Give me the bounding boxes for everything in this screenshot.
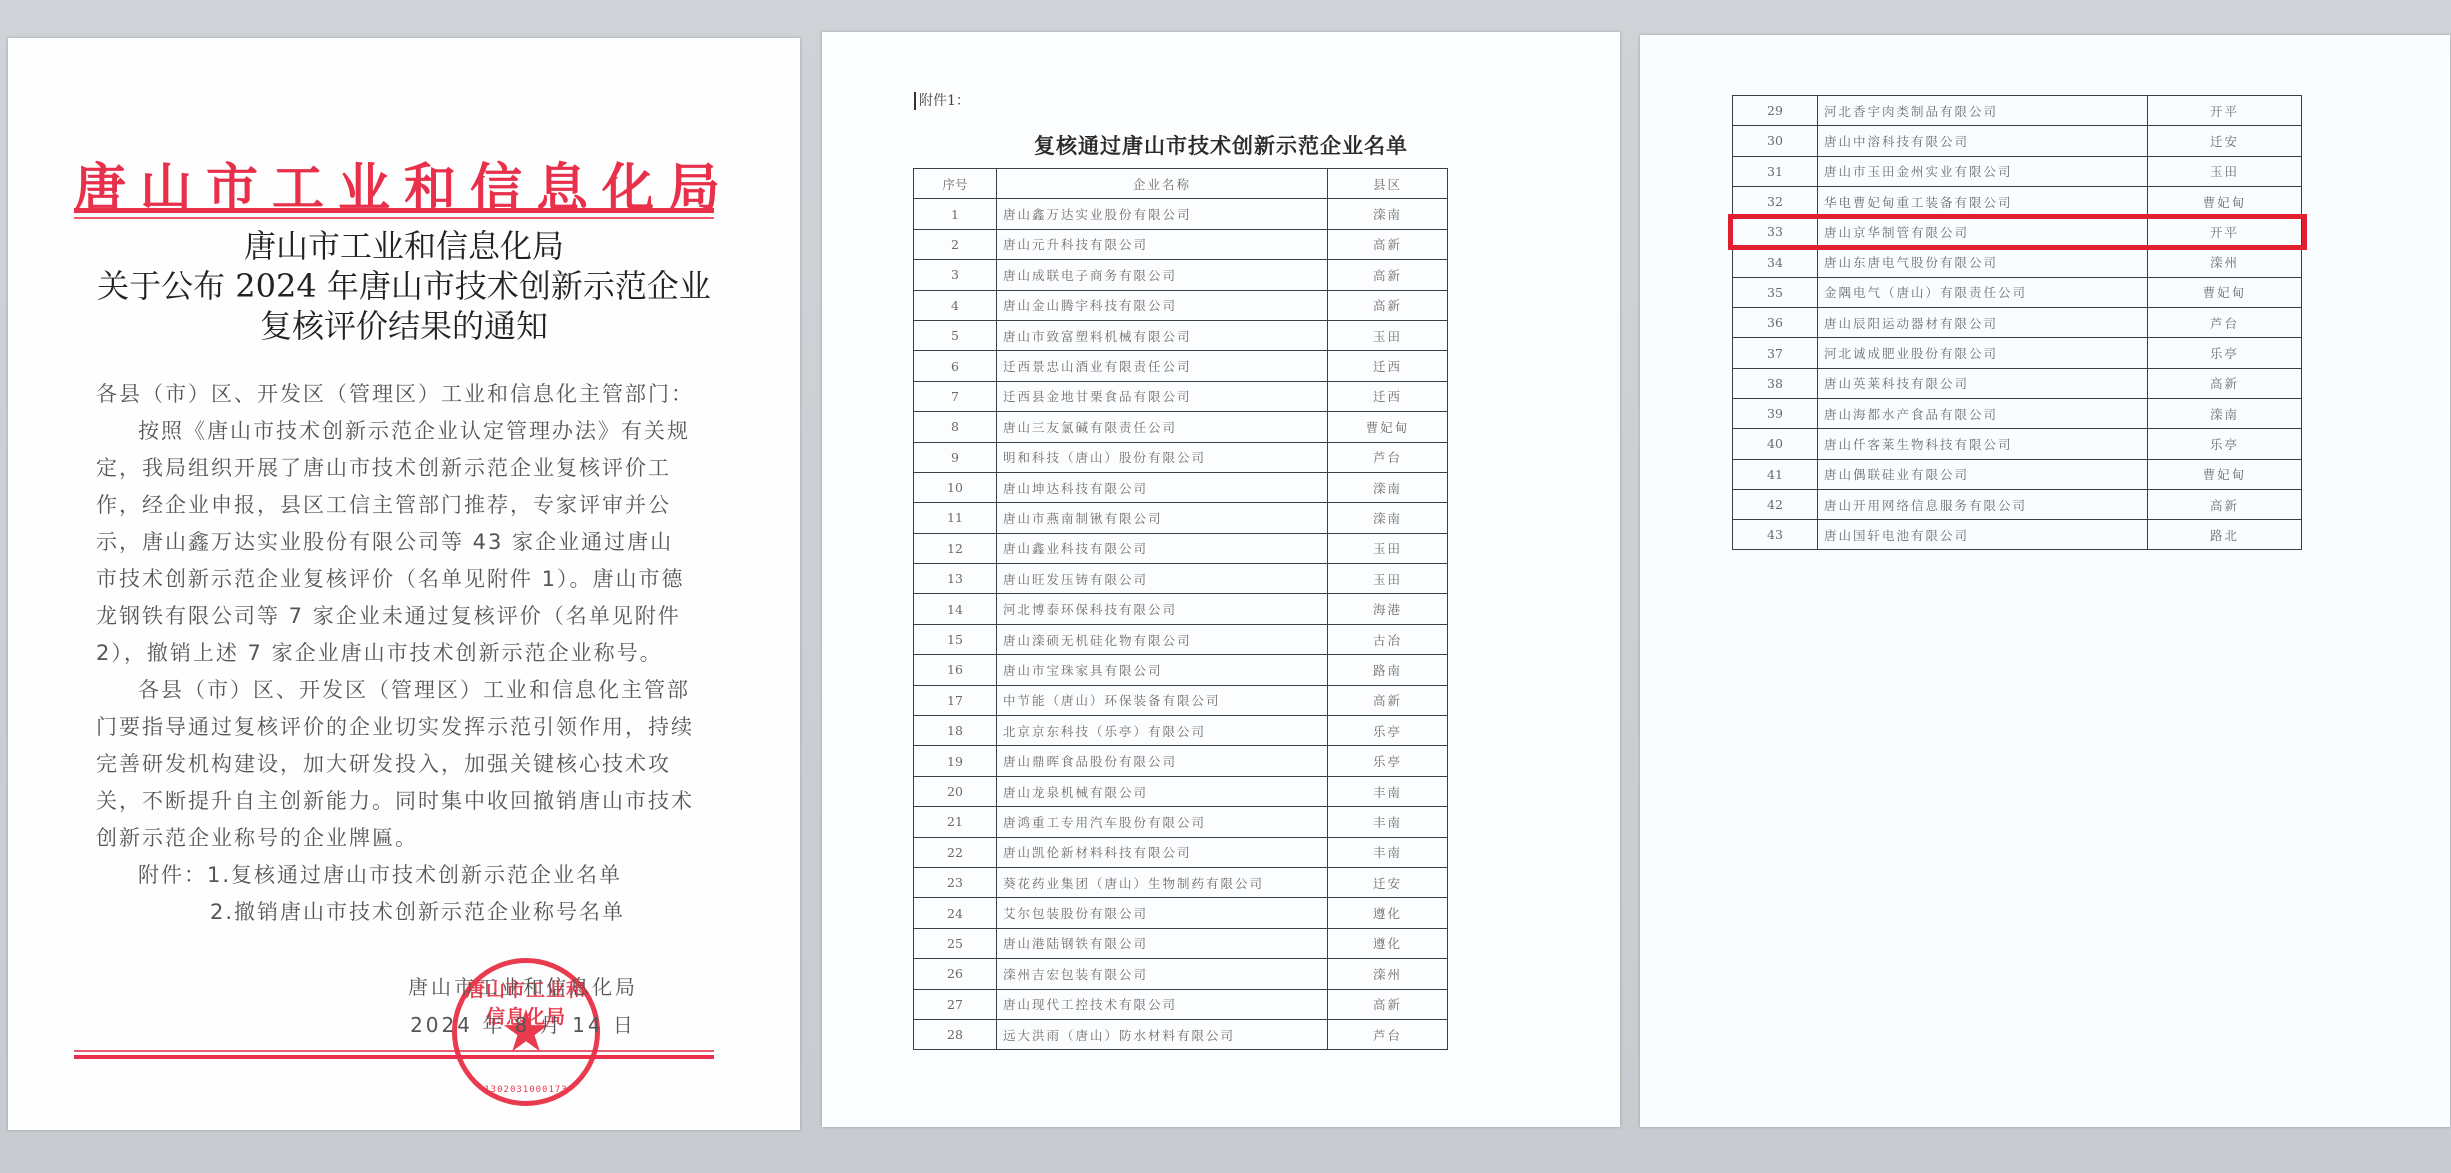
company-name: 迁西县金地甘栗食品有限公司 (997, 381, 1328, 411)
county-district: 玉田 (1328, 564, 1448, 594)
table-row: 23葵花药业集团（唐山）生物制药有限公司迁安 (914, 867, 1448, 897)
company-name: 河北诚成肥业股份有限公司 (1818, 338, 2148, 368)
table-header: 序号 企业名称 县区 (914, 169, 1448, 199)
county-district: 滦南 (1328, 503, 1448, 533)
row-number: 38 (1733, 368, 1818, 398)
company-name: 唐山滦硕无机硅化物有限公司 (997, 624, 1328, 654)
table-row: 12唐山鑫业科技有限公司玉田 (914, 533, 1448, 563)
county-district: 乐亭 (2148, 338, 2302, 368)
row-number: 41 (1733, 459, 1818, 489)
attachment-2-ref: 2.撤销唐山市技术创新示范企业称号名单 (96, 894, 696, 931)
county-district: 玉田 (1328, 320, 1448, 350)
company-name: 唐山市致富塑料机械有限公司 (997, 320, 1328, 350)
row-number: 9 (914, 442, 997, 472)
county-district: 高新 (2148, 489, 2302, 519)
attachment-1-ref: 附件：1.复核通过唐山市技术创新示范企业名单 (96, 857, 696, 894)
row-number: 39 (1733, 398, 1818, 428)
table-row: 24艾尔包装股份有限公司遵化 (914, 898, 1448, 928)
company-name: 唐山仟客莱生物科技有限公司 (1818, 429, 2148, 459)
title-line-1: 唐山市工业和信息化局 (8, 226, 800, 266)
footer-rule-thin (74, 1050, 714, 1052)
company-name: 唐山鑫业科技有限公司 (997, 533, 1328, 563)
row-number: 20 (914, 776, 997, 806)
county-district: 遵化 (1328, 898, 1448, 928)
seal-code: 1302031000173 (457, 1085, 595, 1095)
county-district: 古冶 (1328, 624, 1448, 654)
company-name: 河北香宇肉类制品有限公司 (1818, 96, 2148, 126)
notice-body: 各县（市）区、开发区（管理区）工业和信息化主管部门： 按照《唐山市技术创新示范企… (96, 376, 696, 931)
county-district: 开平 (2148, 96, 2302, 126)
county-district: 高新 (1328, 290, 1448, 320)
row-number: 14 (914, 594, 997, 624)
table-row: 26滦州吉宏包装有限公司滦州 (914, 959, 1448, 989)
table-row: 3唐山成联电子商务有限公司高新 (914, 260, 1448, 290)
row-number: 26 (914, 959, 997, 989)
company-name: 唐山辰阳运动器材有限公司 (1818, 308, 2148, 338)
table-row: 35金隅电气（唐山）有限责任公司曹妃甸 (1733, 277, 2302, 307)
company-name: 迁西景忠山酒业有限责任公司 (997, 351, 1328, 381)
row-number: 29 (1733, 96, 1818, 126)
table-row: 2唐山元升科技有限公司高新 (914, 229, 1448, 259)
company-name: 明和科技（唐山）股份有限公司 (997, 442, 1328, 472)
county-district: 迁安 (1328, 867, 1448, 897)
company-name: 唐山市宝珠家具有限公司 (997, 655, 1328, 685)
company-table: 序号 企业名称 县区 1唐山鑫万达实业股份有限公司滦南2唐山元升科技有限公司高新… (913, 168, 1448, 1050)
title-line-3: 复核评价结果的通知 (8, 306, 800, 346)
row-number: 8 (914, 412, 997, 442)
company-name: 唐山元升科技有限公司 (997, 229, 1328, 259)
table-row: 39唐山海都水产食品有限公司滦南 (1733, 398, 2302, 428)
county-district: 迁西 (1328, 351, 1448, 381)
company-name: 唐山凯伦新材料科技有限公司 (997, 837, 1328, 867)
row-number: 25 (914, 928, 997, 958)
county-district: 海港 (1328, 594, 1448, 624)
company-name: 唐山龙泉机械有限公司 (997, 776, 1328, 806)
company-name: 唐山三友氯碱有限责任公司 (997, 412, 1328, 442)
company-name: 滦州吉宏包装有限公司 (997, 959, 1328, 989)
company-name: 唐山英莱科技有限公司 (1818, 368, 2148, 398)
table-row: 14河北博泰环保科技有限公司海港 (914, 594, 1448, 624)
county-district: 曹妃甸 (2148, 277, 2302, 307)
county-district: 滦南 (2148, 398, 2302, 428)
table-row: 13唐山旺发压铸有限公司玉田 (914, 564, 1448, 594)
county-district: 玉田 (2148, 156, 2302, 186)
row-number: 42 (1733, 489, 1818, 519)
table-row: 27唐山现代工控技术有限公司高新 (914, 989, 1448, 1019)
row-number: 13 (914, 564, 997, 594)
row-number: 7 (914, 381, 997, 411)
attachment-page-1: 附件1： 复核通过唐山市技术创新示范企业名单 序号 企业名称 县区 1唐山鑫万达… (822, 32, 1620, 1127)
table-row: 32华电曹妃甸重工装备有限公司曹妃甸 (1733, 186, 2302, 216)
company-name: 唐山海都水产食品有限公司 (1818, 398, 2148, 428)
table-row: 29河北香宇肉类制品有限公司开平 (1733, 96, 2302, 126)
row-number: 36 (1733, 308, 1818, 338)
header-region: 县区 (1328, 169, 1448, 199)
table-row: 33唐山京华制管有限公司开平 (1733, 217, 2302, 247)
row-number: 30 (1733, 126, 1818, 156)
company-name: 中节能（唐山）环保装备有限公司 (997, 685, 1328, 715)
company-name: 唐山东唐电气股份有限公司 (1818, 247, 2148, 277)
county-district: 滦南 (1328, 472, 1448, 502)
county-district: 滦州 (1328, 959, 1448, 989)
list-title: 复核通过唐山市技术创新示范企业名单 (822, 130, 1620, 160)
table-row: 9明和科技（唐山）股份有限公司芦台 (914, 442, 1448, 472)
row-number: 15 (914, 624, 997, 654)
table-row: 36唐山辰阳运动器材有限公司芦台 (1733, 308, 2302, 338)
company-name: 艾尔包装股份有限公司 (997, 898, 1328, 928)
row-number: 17 (914, 685, 997, 715)
county-district: 曹妃甸 (2148, 186, 2302, 216)
county-district: 曹妃甸 (1328, 412, 1448, 442)
row-number: 23 (914, 867, 997, 897)
county-district: 芦台 (1328, 1019, 1448, 1049)
table-row: 38唐山英莱科技有限公司高新 (1733, 368, 2302, 398)
county-district: 迁西 (1328, 381, 1448, 411)
table-row: 4唐山金山腾宇科技有限公司高新 (914, 290, 1448, 320)
county-district: 路南 (1328, 655, 1448, 685)
county-district: 丰南 (1328, 776, 1448, 806)
table-row: 22唐山凯伦新材料科技有限公司丰南 (914, 837, 1448, 867)
table-row: 40唐山仟客莱生物科技有限公司乐亭 (1733, 429, 2302, 459)
county-district: 乐亭 (2148, 429, 2302, 459)
county-district: 丰南 (1328, 807, 1448, 837)
table-row: 16唐山市宝珠家具有限公司路南 (914, 655, 1448, 685)
row-number: 28 (914, 1019, 997, 1049)
table-row: 19唐山鼎晖食品股份有限公司乐亭 (914, 746, 1448, 776)
table-row: 37河北诚成肥业股份有限公司乐亭 (1733, 338, 2302, 368)
company-name: 唐山坤达科技有限公司 (997, 472, 1328, 502)
table-row: 30唐山中溶科技有限公司迁安 (1733, 126, 2302, 156)
county-district: 滦南 (1328, 199, 1448, 229)
county-district: 高新 (1328, 685, 1448, 715)
row-number: 34 (1733, 247, 1818, 277)
company-name: 唐山鑫万达实业股份有限公司 (997, 199, 1328, 229)
row-number: 19 (914, 746, 997, 776)
row-number: 31 (1733, 156, 1818, 186)
company-name: 唐山市燕南制锹有限公司 (997, 503, 1328, 533)
table-row: 20唐山龙泉机械有限公司丰南 (914, 776, 1448, 806)
company-name: 唐山现代工控技术有限公司 (997, 989, 1328, 1019)
row-number: 32 (1733, 186, 1818, 216)
letterhead-rule (74, 208, 714, 213)
county-district: 高新 (1328, 260, 1448, 290)
row-number: 43 (1733, 520, 1818, 550)
row-number: 18 (914, 716, 997, 746)
footer-rule (74, 1055, 714, 1059)
table-row: 21唐鸿重工专用汽车股份有限公司丰南 (914, 807, 1448, 837)
table-row: 8唐山三友氯碱有限责任公司曹妃甸 (914, 412, 1448, 442)
row-number: 37 (1733, 338, 1818, 368)
county-district: 开平 (2148, 217, 2302, 247)
title-line-2: 关于公布 2024 年唐山市技术创新示范企业 (8, 266, 800, 306)
county-district: 迁安 (2148, 126, 2302, 156)
row-number: 35 (1733, 277, 1818, 307)
county-district: 遵化 (1328, 928, 1448, 958)
row-number: 5 (914, 320, 997, 350)
company-name: 唐山鼎晖食品股份有限公司 (997, 746, 1328, 776)
table-row: 7迁西县金地甘栗食品有限公司迁西 (914, 381, 1448, 411)
row-number: 33 (1733, 217, 1818, 247)
row-number: 16 (914, 655, 997, 685)
company-name: 唐山金山腾宇科技有限公司 (997, 290, 1328, 320)
table-row: 6迁西景忠山酒业有限责任公司迁西 (914, 351, 1448, 381)
table-row: 11唐山市燕南制锹有限公司滦南 (914, 503, 1448, 533)
company-table-continued: 29河北香宇肉类制品有限公司开平30唐山中溶科技有限公司迁安31唐山市玉田金州实… (1732, 95, 2302, 550)
table-row: 28远大洪雨（唐山）防水材料有限公司芦台 (914, 1019, 1448, 1049)
signature-date: 2024 年 8 月 14 日 (398, 1006, 648, 1044)
company-name: 金隅电气（唐山）有限责任公司 (1818, 277, 2148, 307)
table-row: 15唐山滦硕无机硅化物有限公司古冶 (914, 624, 1448, 654)
signature-org: 唐山市工业和信息化局 (398, 968, 648, 1006)
county-district: 玉田 (1328, 533, 1448, 563)
attachment-label: 附件1： (914, 92, 970, 110)
table-row: 34唐山东唐电气股份有限公司滦州 (1733, 247, 2302, 277)
company-name: 唐山成联电子商务有限公司 (997, 260, 1328, 290)
company-name: 唐山市玉田金州实业有限公司 (1818, 156, 2148, 186)
row-number: 10 (914, 472, 997, 502)
county-district: 芦台 (1328, 442, 1448, 472)
company-name: 北京京东科技（乐亭）有限公司 (997, 716, 1328, 746)
table-row: 31唐山市玉田金州实业有限公司玉田 (1733, 156, 2302, 186)
paragraph-2: 各县（市）区、开发区（管理区）工业和信息化主管部门要指导通过复核评价的企业切实发… (96, 672, 696, 857)
county-district: 芦台 (2148, 308, 2302, 338)
company-name: 华电曹妃甸重工装备有限公司 (1818, 186, 2148, 216)
row-number: 24 (914, 898, 997, 928)
county-district: 乐亭 (1328, 716, 1448, 746)
attachment-page-2: 29河北香宇肉类制品有限公司开平30唐山中溶科技有限公司迁安31唐山市玉田金州实… (1640, 35, 2450, 1127)
notice-page: 唐山市工业和信息化局 唐山市工业和信息化局 关于公布 2024 年唐山市技术创新… (8, 38, 800, 1130)
row-number: 1 (914, 199, 997, 229)
county-district: 滦州 (2148, 247, 2302, 277)
table-row: 42唐山开用网络信息服务有限公司高新 (1733, 489, 2302, 519)
company-name: 远大洪雨（唐山）防水材料有限公司 (997, 1019, 1328, 1049)
company-name: 唐山开用网络信息服务有限公司 (1818, 489, 2148, 519)
header-name: 企业名称 (997, 169, 1328, 199)
table-row: 5唐山市致富塑料机械有限公司玉田 (914, 320, 1448, 350)
table-row: 10唐山坤达科技有限公司滦南 (914, 472, 1448, 502)
county-district: 路北 (2148, 520, 2302, 550)
notice-title: 唐山市工业和信息化局 关于公布 2024 年唐山市技术创新示范企业 复核评价结果… (8, 226, 800, 346)
county-district: 高新 (2148, 368, 2302, 398)
company-name: 唐山京华制管有限公司 (1818, 217, 2148, 247)
table-row: 41唐山偶联硅业有限公司曹妃甸 (1733, 459, 2302, 489)
row-number: 3 (914, 260, 997, 290)
county-district: 丰南 (1328, 837, 1448, 867)
company-name: 唐山中溶科技有限公司 (1818, 126, 2148, 156)
company-name: 唐鸿重工专用汽车股份有限公司 (997, 807, 1328, 837)
county-district: 乐亭 (1328, 746, 1448, 776)
row-number: 12 (914, 533, 997, 563)
table-row: 43唐山国轩电池有限公司路北 (1733, 520, 2302, 550)
row-number: 40 (1733, 429, 1818, 459)
row-number: 21 (914, 807, 997, 837)
company-name: 唐山国轩电池有限公司 (1818, 520, 2148, 550)
row-number: 11 (914, 503, 997, 533)
county-district: 曹妃甸 (2148, 459, 2302, 489)
company-name: 葵花药业集团（唐山）生物制药有限公司 (997, 867, 1328, 897)
signature-block: 唐山市工业和信息化局 2024 年 8 月 14 日 (398, 968, 648, 1044)
row-number: 2 (914, 229, 997, 259)
salutation: 各县（市）区、开发区（管理区）工业和信息化主管部门： (96, 376, 696, 413)
table-row: 1唐山鑫万达实业股份有限公司滦南 (914, 199, 1448, 229)
company-name: 河北博泰环保科技有限公司 (997, 594, 1328, 624)
row-number: 4 (914, 290, 997, 320)
table-row: 18北京京东科技（乐亭）有限公司乐亭 (914, 716, 1448, 746)
row-number: 6 (914, 351, 997, 381)
company-name: 唐山旺发压铸有限公司 (997, 564, 1328, 594)
county-district: 高新 (1328, 229, 1448, 259)
county-district: 高新 (1328, 989, 1448, 1019)
letterhead-rule-thin (74, 217, 714, 219)
company-name: 唐山偶联硅业有限公司 (1818, 459, 2148, 489)
company-name: 唐山港陆钢铁有限公司 (997, 928, 1328, 958)
paragraph-1: 按照《唐山市技术创新示范企业认定管理办法》有关规定，我局组织开展了唐山市技术创新… (96, 413, 696, 672)
header-no: 序号 (914, 169, 997, 199)
table-row: 17中节能（唐山）环保装备有限公司高新 (914, 685, 1448, 715)
row-number: 27 (914, 989, 997, 1019)
table-row: 25唐山港陆钢铁有限公司遵化 (914, 928, 1448, 958)
row-number: 22 (914, 837, 997, 867)
